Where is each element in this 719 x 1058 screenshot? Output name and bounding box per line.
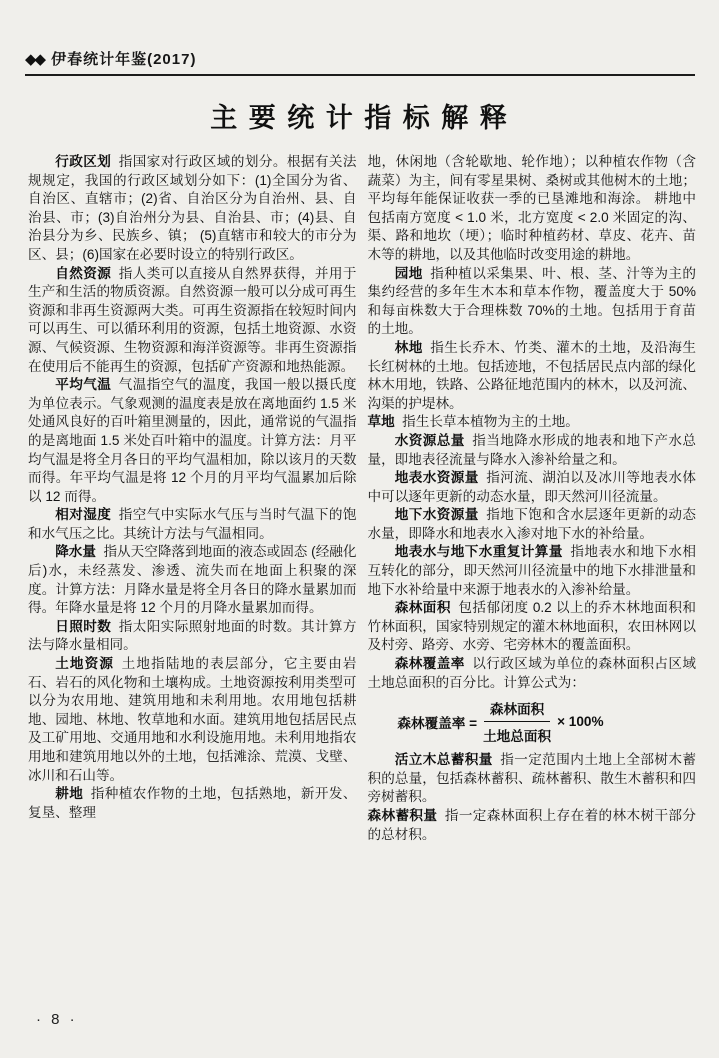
term-label: 林地 — [395, 340, 423, 355]
definition-paragraph: 林地指生长乔木、竹类、灌木的土地，及沿海生长红树林的土地。包括迹地，不包括居民点… — [368, 339, 697, 413]
term-label: 自然资源 — [55, 266, 111, 281]
definition-paragraph: 日照时数指太阳实际照射地面的时数。其计算方法与降水量相同。 — [28, 618, 357, 655]
continuation-paragraph: 地，休闲地（含轮歇地、轮作地）；以种植农作物（含蔬菜）为主，间有零星果树、桑树或… — [368, 153, 697, 265]
definition-paragraph: 活立木总蓄积量指一定范围内土地上全部树木蓄积的总量，包括森林蓄积、疏林蓄积、散生… — [368, 751, 697, 807]
term-label: 草地 — [368, 414, 395, 429]
definition-paragraph: 降水量指从天空降落到地面的液态或固态 (经融化后)水，未经蒸发、渗透、流失而在地… — [28, 543, 357, 617]
formula-lhs: 森林覆盖率 = — [397, 712, 477, 732]
definition-paragraph: 水资源总量指当地降水形成的地表和地下产水总量，即地表径流量与降水入渗补给量之和。 — [368, 432, 697, 469]
definition-paragraph: 地下水资源量指地下饱和含水层逐年更新的动态水量，即降水和地表水入渗对地下水的补给… — [368, 506, 697, 543]
term-label: 森林面积 — [395, 600, 451, 615]
forest-coverage-formula: 森林覆盖率 = 森林面积 土地总面积 × 100% — [397, 698, 696, 745]
definition-text: 指人类可以直接从自然界获得，并用于生产和生活的物质资源。自然资源一般可以分成可再… — [28, 266, 357, 374]
definition-text: 气温指空气的温度，我国一般以摄氏度为单位表示。气象观测的温度表是放在离地面约 1… — [28, 377, 357, 504]
formula-fraction: 森林面积 土地总面积 — [483, 698, 551, 745]
term-label: 土地资源 — [55, 656, 114, 671]
term-label: 地下水资源量 — [395, 507, 479, 522]
two-column-body: 行政区划指国家对行政区域的划分。根据有关法规规定，我国的行政区域划分如下：(1)… — [0, 153, 719, 844]
definition-paragraph: 地表水与地下水重复计算量指地表水和地下水相互转化的部分，即天然河川径流量中的地下… — [368, 543, 697, 599]
definition-text: 土地指陆地的表层部分，它主要由岩石、岩石的风化物和土壤构成。土地资源按利用类型可… — [28, 656, 357, 783]
term-label: 行政区划 — [55, 154, 111, 169]
definition-paragraph: 耕地指种植农作物的土地，包括熟地，新开发、复垦、整理 — [28, 785, 357, 822]
diamond-icon: ◆◆ — [25, 50, 44, 68]
term-label: 水资源总量 — [395, 433, 465, 448]
formula-multiplier: × 100% — [557, 714, 603, 729]
term-label: 耕地 — [55, 786, 83, 801]
page-header: ◆◆ 伊春统计年鉴(2017) — [25, 48, 695, 76]
term-label: 活立木总蓄积量 — [395, 752, 493, 767]
term-label: 相对湿度 — [55, 507, 111, 522]
definition-paragraph: 森林面积包括郁闭度 0.2 以上的乔木林地面积和竹林面积，国家特别规定的灌木林地… — [368, 599, 697, 655]
book-title: 伊春统计年鉴(2017) — [51, 48, 196, 69]
term-label: 平均气温 — [55, 377, 111, 392]
definition-paragraph: 地表水资源量指河流、湖泊以及冰川等地表水体中可以逐年更新的动态水量，即天然河川径… — [368, 469, 697, 506]
definition-text: 指生长草本植物为主的土地。 — [402, 414, 579, 429]
definition-paragraph: 平均气温气温指空气的温度，我国一般以摄氏度为单位表示。气象观测的温度表是放在离地… — [28, 376, 357, 506]
definition-paragraph: 相对湿度指空气中实际水气压与当时气温下的饱和水气压之比。其统计方法与气温相同。 — [28, 506, 357, 543]
term-label: 园地 — [395, 266, 423, 281]
definition-paragraph: 自然资源指人类可以直接从自然界获得，并用于生产和生活的物质资源。自然资源一般可以… — [28, 265, 357, 377]
definition-paragraph: 土地资源土地指陆地的表层部分，它主要由岩石、岩石的风化物和土壤构成。土地资源按利… — [28, 655, 357, 785]
page-title: 主 要 统 计 指 标 解 释 — [0, 96, 719, 135]
definition-text: 指国家对行政区域的划分。根据有关法规规定，我国的行政区域划分如下：(1)全国分为… — [28, 154, 357, 262]
term-label: 森林蓄积量 — [368, 808, 438, 823]
yearbook-page: ◆◆ 伊春统计年鉴(2017) 主 要 统 计 指 标 解 释 行政区划指国家对… — [0, 0, 719, 1058]
definition-paragraph: 行政区划指国家对行政区域的划分。根据有关法规规定，我国的行政区域划分如下：(1)… — [28, 153, 357, 265]
definition-paragraph: 森林覆盖率以行政区域为单位的森林面积占区域土地总面积的百分比。计算公式为： — [368, 655, 697, 692]
definition-paragraph: 森林蓄积量指一定森林面积上存在着的林木树干部分的总材积。 — [368, 807, 697, 844]
term-label: 森林覆盖率 — [395, 656, 465, 671]
page-number: · 8 · — [36, 1011, 78, 1028]
formula-numerator: 森林面积 — [484, 698, 550, 722]
term-label: 降水量 — [55, 544, 96, 559]
right-column: 地，休闲地（含轮歇地、轮作地）；以种植农作物（含蔬菜）为主，间有零星果树、桑树或… — [368, 153, 697, 844]
definition-paragraph: 草地指生长草本植物为主的土地。 — [368, 413, 697, 432]
term-label: 日照时数 — [55, 619, 111, 634]
formula-denominator: 土地总面积 — [483, 722, 551, 745]
left-column: 行政区划指国家对行政区域的划分。根据有关法规规定，我国的行政区域划分如下：(1)… — [28, 153, 357, 844]
definition-paragraph: 园地指种植以采集果、叶、根、茎、汁等为主的集约经营的多年生木本和草本作物，覆盖度… — [368, 265, 697, 339]
term-label: 地表水资源量 — [395, 470, 479, 485]
term-label: 地表水与地下水重复计算量 — [395, 544, 563, 559]
